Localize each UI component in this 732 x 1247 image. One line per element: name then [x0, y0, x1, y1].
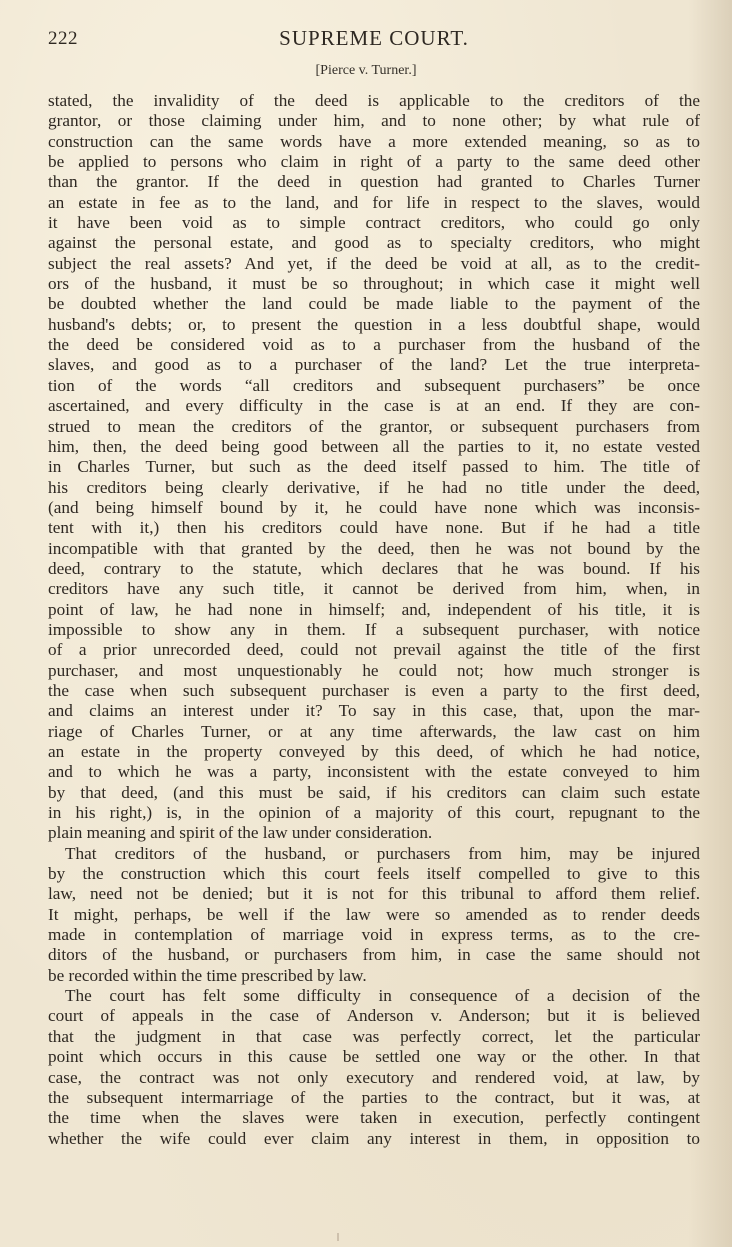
- text-line: ditors of the husband, or purchasers fro…: [48, 945, 700, 965]
- case-caption: [Pierce v. Turner.]: [0, 63, 732, 79]
- text-line: that the judgment in that case was perfe…: [48, 1027, 700, 1047]
- text-line: point which occurs in this cause be sett…: [48, 1047, 700, 1067]
- text-line: him, then, the deed being good between a…: [48, 437, 700, 457]
- running-title: SUPREME COURT.: [48, 26, 700, 51]
- text-line: by the construction which this court fee…: [48, 864, 700, 884]
- text-line: creditors have any such title, it cannot…: [48, 579, 700, 599]
- text-line: point of law, he had none in himself; an…: [48, 600, 700, 620]
- scan-mark: [337, 1233, 339, 1241]
- text-line: the case when such subsequent purchaser …: [48, 681, 700, 701]
- text-line: case, the contract was not only executor…: [48, 1068, 700, 1088]
- text-line: construction can the same words have a m…: [48, 132, 700, 152]
- body-text: stated, the invalidity of the deed is ap…: [48, 91, 700, 1149]
- text-line: his creditors being clearly derivative, …: [48, 478, 700, 498]
- text-line: against the personal estate, and good as…: [48, 233, 700, 253]
- paragraph-end-line: be recorded within the time prescribed b…: [48, 966, 700, 986]
- text-line: tion of the words “all creditors and sub…: [48, 376, 700, 396]
- text-line: court of appeals in the case of Anderson…: [48, 1006, 700, 1026]
- text-line: of a prior unrecorded deed, could not pr…: [48, 640, 700, 660]
- text-line: purchaser, and most unquestionably he co…: [48, 661, 700, 681]
- paragraph-end-line: plain meaning and spirit of the law unde…: [48, 823, 700, 843]
- text-line: be applied to persons who claim in right…: [48, 152, 700, 172]
- text-line: incompatible with that granted by the de…: [48, 539, 700, 559]
- text-line: in Charles Turner, but such as the deed …: [48, 457, 700, 477]
- paragraph-start-line: That creditors of the husband, or purcha…: [48, 844, 700, 864]
- text-line: in his right,) is, in the opinion of a m…: [48, 803, 700, 823]
- text-line: be doubted whether the land could be mad…: [48, 294, 700, 314]
- text-line: and to which he was a party, inconsisten…: [48, 762, 700, 782]
- text-line: husband's debts; or, to present the ques…: [48, 315, 700, 335]
- text-line: whether the wife could ever claim any in…: [48, 1129, 700, 1149]
- text-line: law, need not be denied; but it is not f…: [48, 884, 700, 904]
- text-line: than the grantor. If the deed in questio…: [48, 172, 700, 192]
- text-line: the subsequent intermarriage of the part…: [48, 1088, 700, 1108]
- scanned-book-page: 222 SUPREME COURT. [Pierce v. Turner.] s…: [0, 0, 732, 1247]
- text-line: stated, the invalidity of the deed is ap…: [48, 91, 700, 111]
- text-line: by that deed, (and this must be said, if…: [48, 783, 700, 803]
- text-line: impossible to show any in them. If a sub…: [48, 620, 700, 640]
- text-line: ascertained, and every difficulty in the…: [48, 396, 700, 416]
- text-line: deed, contrary to the statute, which dec…: [48, 559, 700, 579]
- text-line: It might, perhaps, be well if the law we…: [48, 905, 700, 925]
- text-line: the deed be considered void as to a purc…: [48, 335, 700, 355]
- text-line: made in contemplation of marriage void i…: [48, 925, 700, 945]
- text-line: slaves, and good as to a purchaser of th…: [48, 355, 700, 375]
- paragraph-start-line: The court has felt some difficulty in co…: [48, 986, 700, 1006]
- text-line: ors of the husband, it must be so throug…: [48, 274, 700, 294]
- text-line: it have been void as to simple contract …: [48, 213, 700, 233]
- text-line: subject the real assets? And yet, if the…: [48, 254, 700, 274]
- text-line: an estate in fee as to the land, and for…: [48, 193, 700, 213]
- text-line: strued to mean the creditors of the gran…: [48, 417, 700, 437]
- text-line: (and being himself bound by it, he could…: [48, 498, 700, 518]
- text-line: an estate in the property conveyed by th…: [48, 742, 700, 762]
- text-line: riage of Charles Turner, or at any time …: [48, 722, 700, 742]
- text-line: tent with it,) then his creditors could …: [48, 518, 700, 538]
- running-head: 222 SUPREME COURT.: [48, 26, 700, 52]
- text-line: grantor, or those claiming under him, an…: [48, 111, 700, 131]
- text-line: the time when the slaves were taken in e…: [48, 1108, 700, 1128]
- text-line: and claims an interest under it? To say …: [48, 701, 700, 721]
